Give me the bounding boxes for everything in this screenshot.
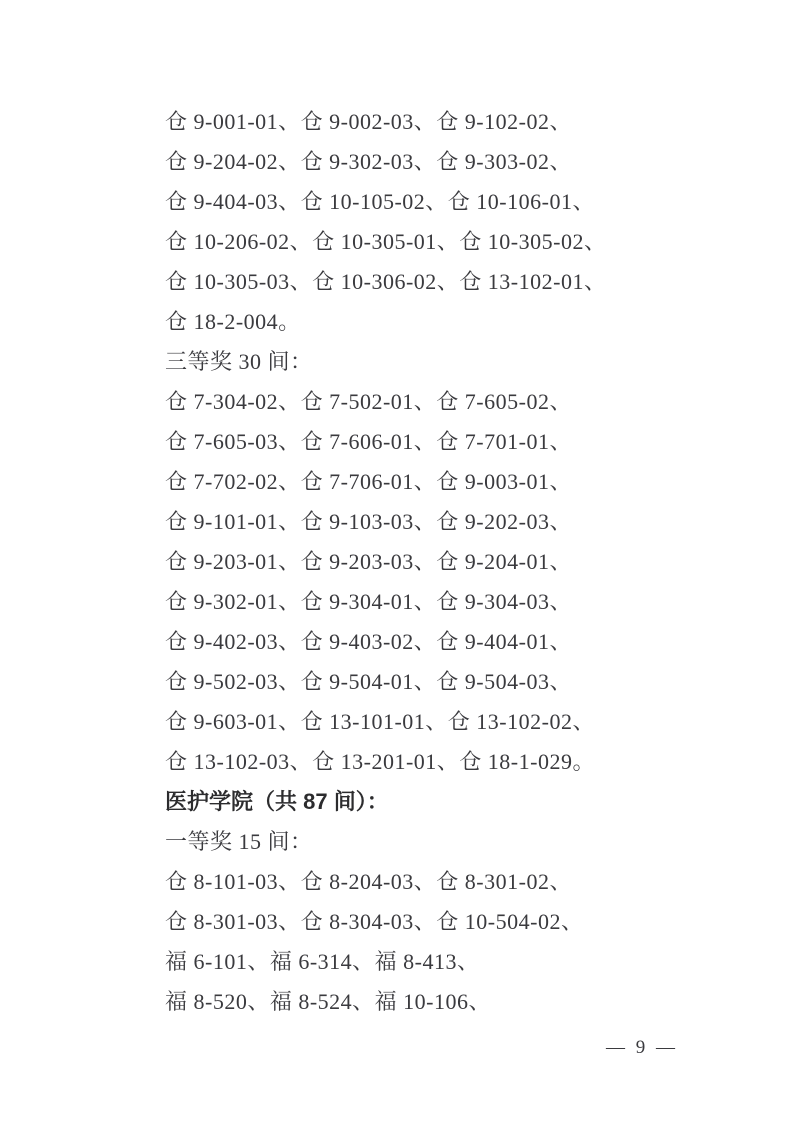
document-line: 仓 7-605-03、仓 7-606-01、仓 7-701-01、 (165, 422, 725, 462)
document-line: 仓 8-301-03、仓 8-304-03、仓 10-504-02、 (165, 902, 725, 942)
prize-tier-label-third: 三等奖 30 间： (165, 342, 725, 382)
document-line: 仓 10-305-03、仓 10-306-02、仓 13-102-01、 (165, 262, 725, 302)
document-line: 仓 9-204-02、仓 9-302-03、仓 9-303-02、 (165, 142, 725, 182)
document-line: 仓 10-206-02、仓 10-305-01、仓 10-305-02、 (165, 222, 725, 262)
document-line: 仓 13-102-03、仓 13-201-01、仓 18-1-029。 (165, 742, 725, 782)
document-line: 仓 18-2-004。 (165, 302, 725, 342)
document-line: 仓 8-101-03、仓 8-204-03、仓 8-301-02、 (165, 862, 725, 902)
document-line: 仓 7-702-02、仓 7-706-01、仓 9-003-01、 (165, 462, 725, 502)
document-line: 仓 9-203-01、仓 9-203-03、仓 9-204-01、 (165, 542, 725, 582)
section-heading-medical-college: 医护学院（共 87 间）： (165, 782, 725, 822)
document-line: 仓 9-302-01、仓 9-304-01、仓 9-304-03、 (165, 582, 725, 622)
document-page: 仓 9-001-01、仓 9-002-03、仓 9-102-02、 仓 9-20… (0, 0, 794, 1123)
document-line: 仓 9-603-01、仓 13-101-01、仓 13-102-02、 (165, 702, 725, 742)
prize-tier-label-first: 一等奖 15 间： (165, 822, 725, 862)
document-line: 仓 9-402-03、仓 9-403-02、仓 9-404-01、 (165, 622, 725, 662)
document-line: 仓 9-001-01、仓 9-002-03、仓 9-102-02、 (165, 102, 725, 142)
document-line: 仓 7-304-02、仓 7-502-01、仓 7-605-02、 (165, 382, 725, 422)
document-line: 仓 9-101-01、仓 9-103-03、仓 9-202-03、 (165, 502, 725, 542)
document-body: 仓 9-001-01、仓 9-002-03、仓 9-102-02、 仓 9-20… (165, 102, 725, 1022)
document-line: 福 8-520、福 8-524、福 10-106、 (165, 982, 725, 1022)
document-line: 仓 9-502-03、仓 9-504-01、仓 9-504-03、 (165, 662, 725, 702)
document-line: 仓 9-404-03、仓 10-105-02、仓 10-106-01、 (165, 182, 725, 222)
page-number: — 9 — (606, 1035, 678, 1061)
document-line: 福 6-101、福 6-314、福 8-413、 (165, 942, 725, 982)
